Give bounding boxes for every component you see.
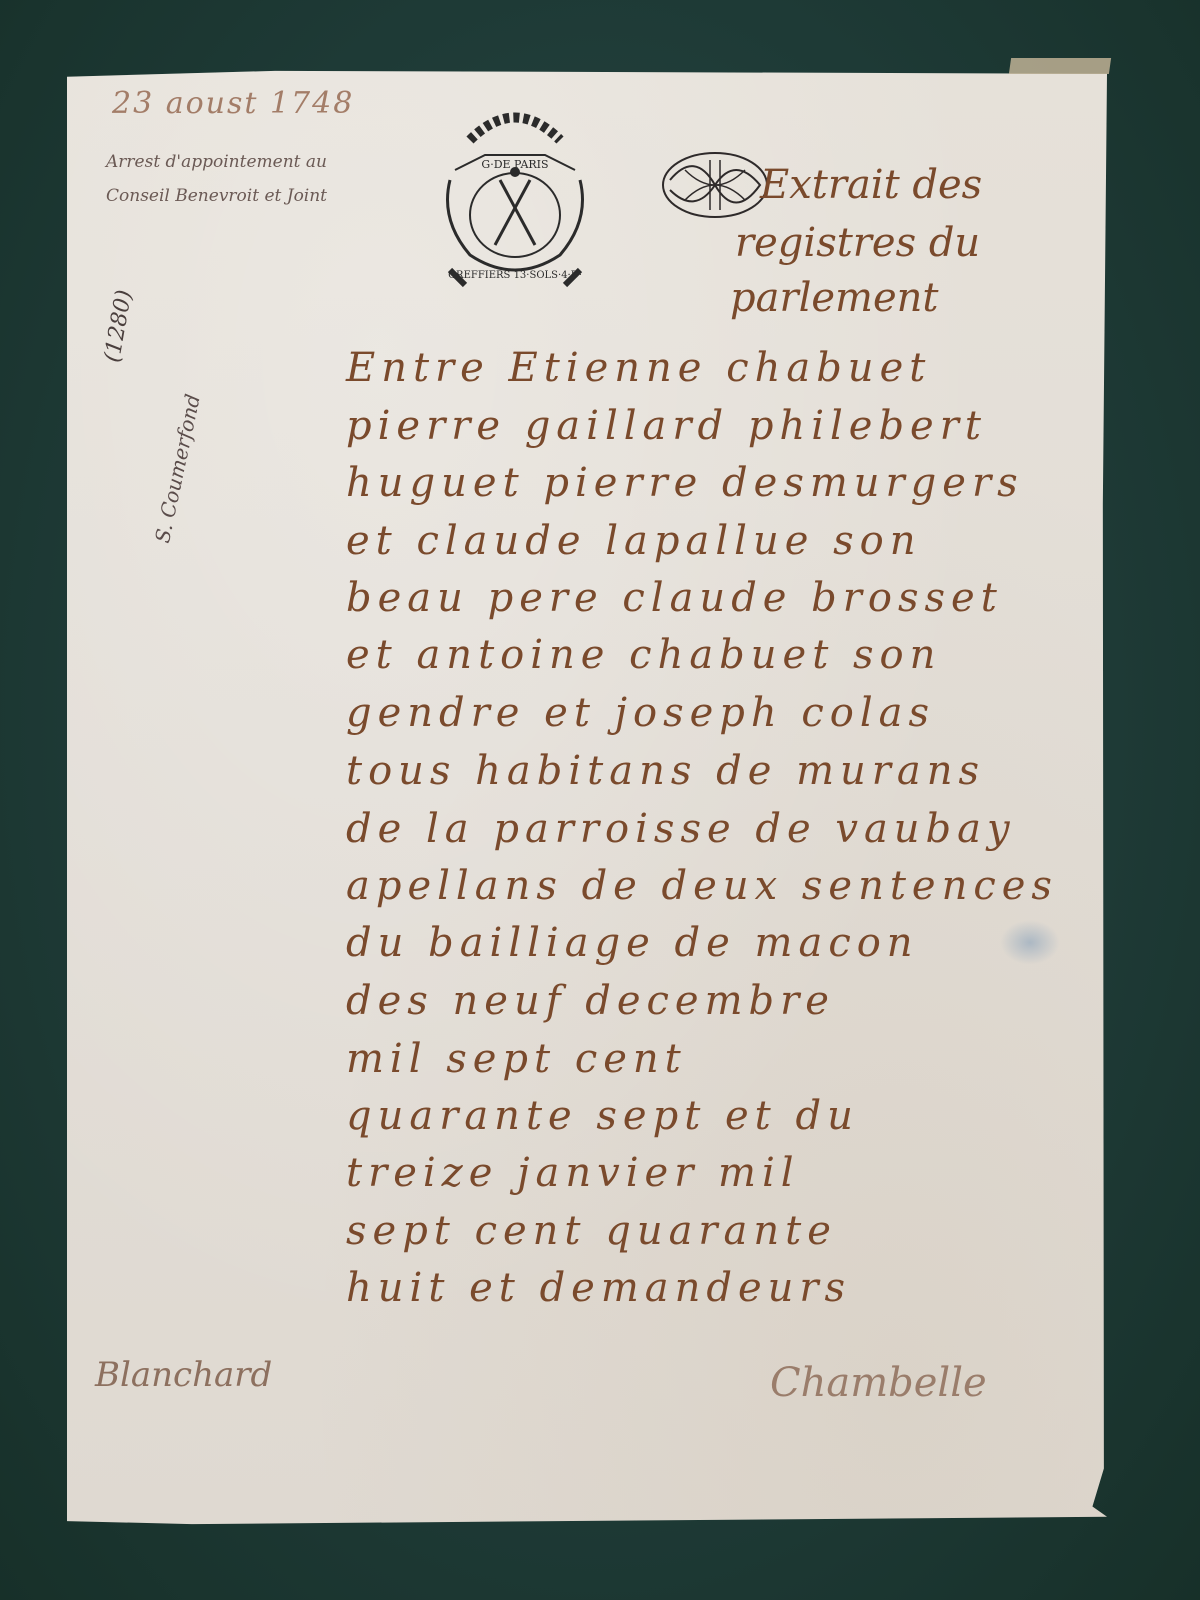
body-line: du bailliage de macon	[346, 920, 919, 966]
body-line: apellans de deux sentences	[346, 863, 1058, 909]
ink-stain	[1000, 920, 1060, 965]
heading-line-3: parlement	[730, 275, 938, 321]
body-line: treize janvier mil	[346, 1150, 800, 1196]
body-line: quarante sept et du	[346, 1093, 859, 1139]
body-line: gendre et joseph colas	[346, 690, 935, 736]
body-line: tous habitans de murans	[346, 748, 985, 794]
body-line: des neuf decembre	[346, 978, 835, 1024]
heading-line-2: registres du	[735, 220, 980, 266]
date-note: 23 aoust 1748	[112, 86, 354, 121]
heading-line-1: Extrait des	[760, 162, 982, 208]
svg-text:GREFFIERS 13·SOLS·4·D·: GREFFIERS 13·SOLS·4·D·	[448, 270, 582, 281]
body-line: sept cent quarante	[346, 1208, 837, 1254]
paper-edge-strip	[1009, 58, 1111, 74]
body-line: beau pere claude brosset	[346, 575, 1003, 621]
body-line: mil sept cent	[346, 1036, 687, 1082]
signature-right: Chambelle	[770, 1360, 987, 1406]
body-line: Entre Etienne chabuet	[346, 345, 931, 391]
body-line: huit et demandeurs	[346, 1265, 851, 1311]
margin-note-line-2: Conseil Benevroit et Joint	[106, 186, 327, 206]
paraph-flourish-icon	[655, 140, 775, 230]
greffiers-stamp-icon: G·DE PARIS GREFFIERS 13·SOLS·4·D·	[430, 100, 600, 300]
body-line: et claude lapallue son	[346, 518, 921, 564]
margin-note-line-1: Arrest d'appointement au	[106, 152, 327, 172]
body-line: huguet pierre desmurgers	[346, 460, 1024, 506]
body-line: et antoine chabuet son	[346, 632, 941, 678]
svg-text:G·DE PARIS: G·DE PARIS	[481, 158, 548, 171]
body-line: de la parroisse de vaubay	[346, 806, 1016, 852]
body-line: pierre gaillard philebert	[346, 403, 987, 449]
signature-left: Blanchard	[95, 1355, 272, 1395]
